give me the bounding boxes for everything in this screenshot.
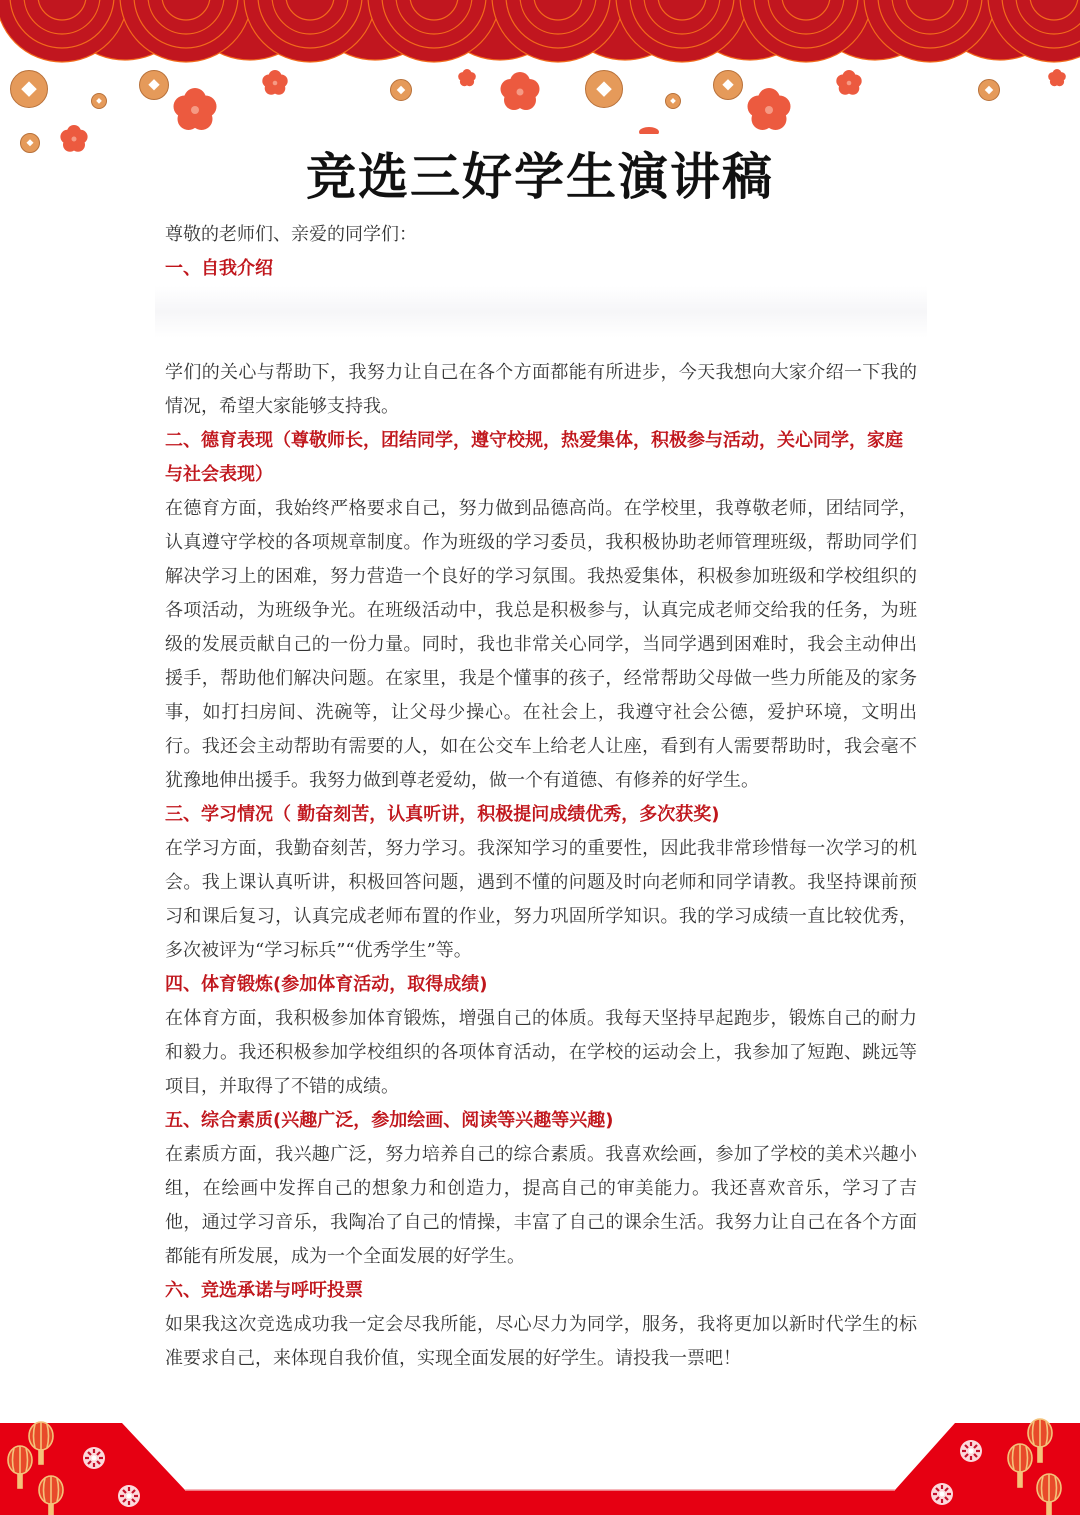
copper-coin-icon — [665, 93, 681, 109]
copper-coin-icon — [585, 70, 623, 108]
copper-coin-icon — [139, 70, 169, 100]
section-heading-study: 三、学习情况（ 勤奋刻苦，认真听讲，积极提问成绩优秀，多次获奖) — [165, 798, 917, 832]
section-paragraph: 在体育方面，我积极参加体育锻炼，增强自己的体质。我每天坚持早起跑步，锻炼自己的耐… — [165, 1002, 917, 1104]
copper-coin-icon — [978, 79, 1000, 101]
page-title: 竞选三好学生演讲稿 — [0, 140, 1080, 214]
red-footer-band — [0, 1418, 1080, 1515]
section-heading-moral: 二、德育表现（尊敬师长，团结同学，遵守校规，热爱集体，积极参与活动，关心同学，家… — [165, 424, 917, 492]
scalloped-wave-banner — [0, 0, 1080, 70]
plum-blossom-icon — [637, 124, 661, 134]
copper-coin-icon — [10, 70, 48, 108]
section-heading-sports: 四、体育锻炼(参加体育活动，取得成绩) — [165, 968, 917, 1002]
snowflake-flower-icon — [83, 1447, 105, 1469]
blurred-region — [155, 286, 927, 338]
section-heading-pledge: 六、竞选承诺与呼吁投票 — [165, 1274, 917, 1308]
section-paragraph: 在素质方面，我兴趣广泛，努力培养自己的综合素质。我喜欢绘画，参加了学校的美术兴趣… — [165, 1138, 917, 1274]
copper-coin-icon — [390, 79, 412, 101]
plum-blossom-icon — [1048, 69, 1066, 87]
plum-blossom-icon — [836, 70, 862, 96]
section-paragraph: 在学习方面，我勤奋刻苦，努力学习。我深知学习的重要性，因此我非常珍惜每一次学习的… — [165, 832, 917, 968]
plum-blossom-icon — [746, 88, 792, 132]
copper-coin-icon — [713, 70, 743, 100]
section-paragraph: 如果我这次竞选成功我一定会尽我所能，尽心尽力为同学，服务，我将更加以新时代学生的… — [165, 1308, 917, 1376]
snowflake-flower-icon — [960, 1440, 982, 1462]
copper-coin-icon — [91, 93, 107, 109]
plum-blossom-icon — [262, 70, 288, 96]
snowflake-flower-icon — [931, 1483, 953, 1505]
section-paragraph: 学们的关心与帮助下，我努力让自己在各个方面都能有所进步，今天我想向大家介绍一下我… — [165, 356, 917, 424]
section-paragraph: 在德育方面，我始终严格要求自己，努力做到品德高尚。在学校里，我尊敬老师，团结同学… — [165, 492, 917, 798]
plum-blossom-icon — [458, 69, 476, 87]
section-heading-intro: 一、自我介绍 — [165, 252, 917, 286]
plum-blossom-icon — [498, 72, 542, 112]
speech-body: 尊敬的老师们、亲爱的同学们： 一、自我介绍 学们的关心与帮助下，我努力让自己在各… — [165, 218, 917, 1376]
section-heading-quality: 五、综合素质(兴趣广泛，参加绘画、阅读等兴趣等兴趣) — [165, 1104, 917, 1138]
greeting: 尊敬的老师们、亲爱的同学们： — [165, 218, 917, 252]
plum-blossom-icon — [172, 88, 218, 132]
snowflake-flower-icon — [118, 1485, 140, 1507]
